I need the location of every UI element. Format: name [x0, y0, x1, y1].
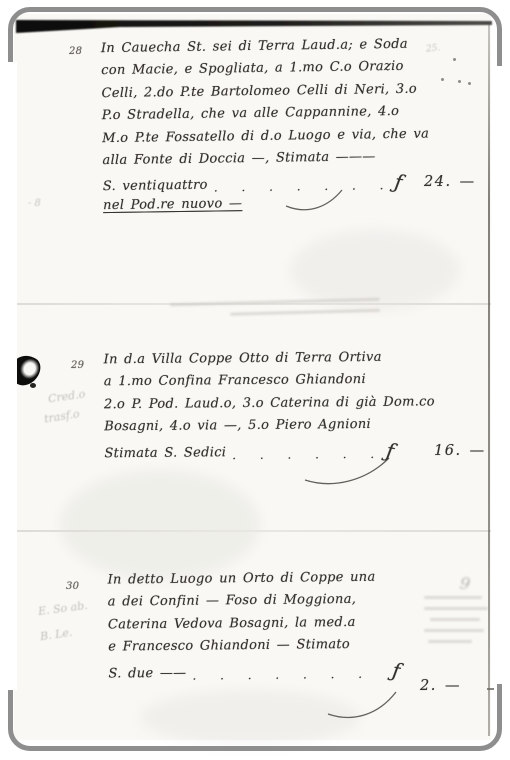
speck [453, 58, 456, 61]
entry-text-line: In detto Luogo un Orto di Coppe una [107, 566, 399, 591]
total-words: Stimata S. Sedici [104, 442, 226, 465]
entry-text-line: a dei Confini — Foso di Moggiona, [108, 589, 400, 614]
speck [441, 78, 444, 81]
speck [458, 80, 461, 83]
entry-text-line: Bosagni, 4.o via —, 5.o Piero Agnioni [104, 414, 394, 439]
amount-value: 16. — [434, 443, 486, 459]
faint-margin-mark: - 8 [28, 198, 41, 209]
dotted-leader: . . . . . . . . . [192, 662, 387, 686]
ledger-entry: In detto Luogo un Orto di Coppe una a de… [107, 566, 400, 681]
edge-dash [487, 688, 494, 690]
entry-text-line: a 1.mo Confina Francesco Ghiandoni [104, 369, 394, 394]
page-edge-line [488, 24, 490, 736]
entry-number: 28 [69, 46, 82, 57]
amount-value: 24. — [424, 174, 476, 190]
ledger-entry: In Cauecha St. sei di Terra Laud.a; e So… [101, 34, 403, 217]
ink-blot-dot [30, 383, 36, 388]
separator-rule [14, 530, 491, 532]
entry-text-line: e Francesco Ghiandoni — Stimato [108, 634, 400, 659]
bleed-glyph: 9 [459, 573, 472, 593]
paper-stain [60, 470, 260, 580]
entry-total-line: S. ventiquattro . . . . . . . . . . ƒ [103, 168, 403, 195]
total-words: S. due —— [108, 662, 186, 685]
speck [468, 82, 471, 85]
entry-number: 30 [66, 581, 79, 592]
entry-text-line: Caterina Vedova Bosagni, la med.a [108, 611, 400, 636]
faint-page-number: 25. [426, 43, 441, 54]
manuscript-scan: 28 In Cauecha St. sei di Terra Laud.a; e… [0, 0, 510, 760]
entry-text-line: alla Fonte di Doccia —, Stimata ——— [102, 146, 402, 173]
ledger-entry: In d.a Villa Coppe Otto di Terra Ortiva … [104, 347, 395, 461]
entry-total-line: S. due —— . . . . . . . . . ƒ [108, 656, 400, 681]
entry-total-line: Stimata S. Sedici . . . . . . . . ƒ [104, 436, 394, 461]
entry-text-line: 2.o P. Pod. Laud.o, 3.o Caterina di già … [104, 392, 394, 417]
amount-value: 2. — [420, 678, 461, 694]
frame-gap [493, 66, 505, 684]
dotted-leader: . . . . . . . . . . [214, 174, 390, 199]
dotted-leader: . . . . . . . . [232, 442, 381, 466]
entry-number: 29 [71, 360, 84, 371]
entry-text-line: In d.a Villa Coppe Otto di Terra Ortiva [104, 347, 394, 372]
frame-gap [5, 62, 17, 690]
paper-stain [140, 690, 360, 745]
bleed-through-text: 9 [424, 574, 496, 651]
